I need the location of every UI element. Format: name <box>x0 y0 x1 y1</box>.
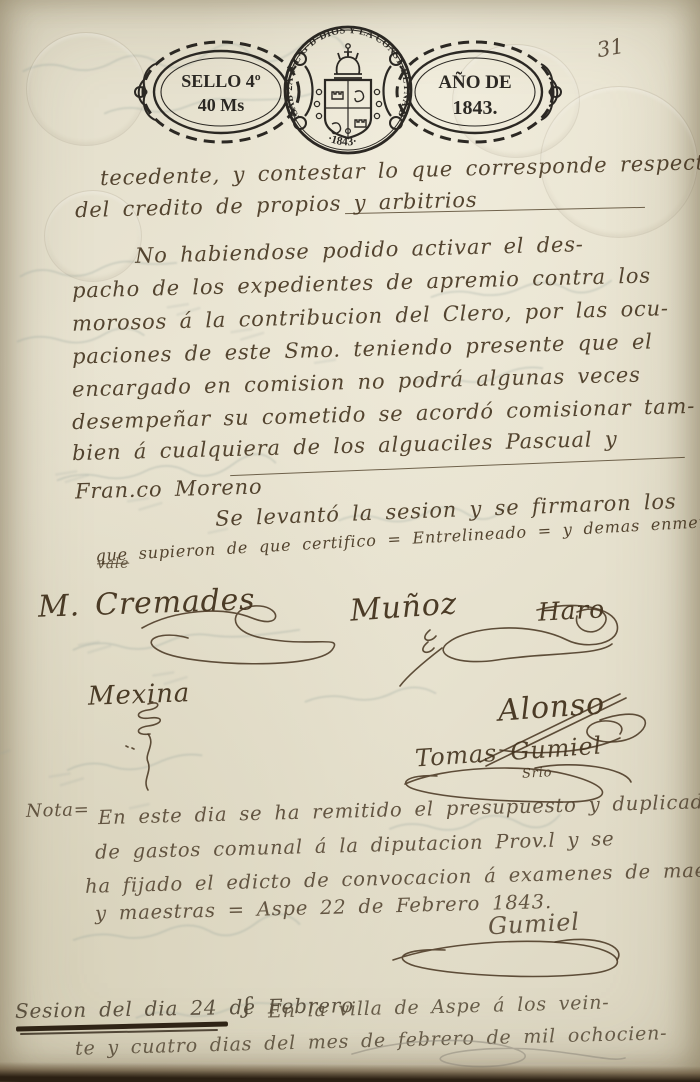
signature-rubric <box>375 928 643 992</box>
seal-crown-icon <box>334 44 362 78</box>
signature-rubric <box>124 700 174 796</box>
stamp-ano-de-text: AÑO DE <box>438 71 511 93</box>
folio-number: 31 <box>595 34 625 62</box>
stamp-right-oval: AÑO DE 1843. <box>397 42 561 142</box>
revenue-stamp: SELLO 4º 40 Ms ISAB·2A·P·L·G·D·DIOS Y LA… <box>133 12 563 168</box>
manuscript-page: 31 SELLO 4º 40 Ms <box>0 0 700 1082</box>
interline-correction: vale <box>97 556 130 573</box>
seal-coat-of-arms <box>314 80 381 138</box>
paragraph-divider-mark: ʃ <box>244 994 251 1019</box>
nota-label: Nota= <box>26 799 90 822</box>
stamp-sello-text: SELLO 4º <box>181 71 261 91</box>
signature-rubric <box>425 598 640 676</box>
embossed-seal <box>26 32 146 146</box>
manuscript-line: Fran.co Moreno <box>75 475 263 504</box>
stamp-year-text: 1843. <box>453 97 498 119</box>
stamp-left-oval: SELLO 4º 40 Ms <box>135 42 299 142</box>
stamp-maravedis-text: 40 Ms <box>198 95 245 115</box>
signature-rubric <box>130 598 360 673</box>
page-deckle-edge <box>0 1062 700 1082</box>
